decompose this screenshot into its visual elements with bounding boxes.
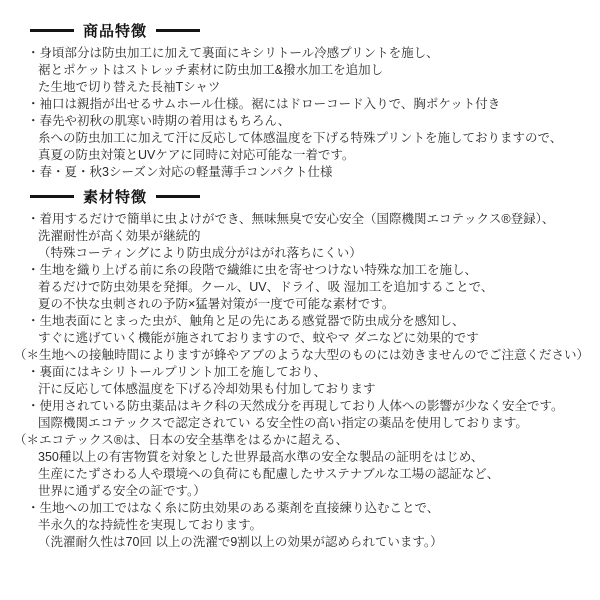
text-line: 汗に反応して体感温度を下げる冷却効果も付加しております [12, 381, 594, 398]
text-line: 着るだけで防虫効果を発揮。クール、UV、ドライ、吸 湿加工を追加することで、 [12, 279, 594, 296]
section-header: 素材特徴 [30, 186, 594, 206]
text-line: ・使用されている防虫薬品はキク科の天然成分を再現しており人体への影響が少なく安全… [12, 398, 594, 415]
text-line: 半永久的な持続性を実現しております。 [12, 517, 594, 534]
section-header: 商品特徴 [30, 20, 594, 40]
divider-line-left [30, 195, 74, 198]
text-line: 350種以上の有害物質を対象とした世界最高水準の安全な製品の証明をはじめ、 [12, 449, 594, 466]
text-line: ・身頃部分は防虫加工に加えて裏面にキシリトール冷感プリントを施し、 [12, 45, 594, 62]
text-line: （＊エコテックス®は、日本の安全基準をはるかに超える、 [12, 432, 594, 449]
section-title: 素材特徴 [83, 186, 147, 207]
text-line: ・春先や初秋の肌寒い時期の着用はもちろん、 [12, 113, 594, 130]
text-line: 糸への防虫加工に加えて汗に反応して体感温度を下げる特殊プリントを施しておりますの… [12, 130, 594, 147]
text-line: （＊生地への接触時間によりますが蜂やアブのような大型のものには効きませんのでご注… [12, 347, 594, 364]
text-line: 国際機関エコテックスで認定されてい る安全性の高い指定の薬品を使用しております。 [12, 415, 594, 432]
text-line: ・生地を織り上げる前に糸の段階で繊維に虫を寄せつけない特殊な加工を施し、 [12, 262, 594, 279]
section-material-features: 素材特徴 ・着用するだけで簡単に虫よけができ、無味無臭で安心安全（国際機関エコテ… [12, 186, 594, 551]
section-product-features: 商品特徴 ・身頃部分は防虫加工に加えて裏面にキシリトール冷感プリントを施し、裾と… [12, 20, 594, 181]
text-line: （特殊コーティングにより防虫成分がはがれ落ちにくい） [12, 245, 594, 262]
text-line: ・袖口は親指が出せるサムホール仕様。裾にはドローコード入りで、胸ポケット付き [12, 96, 594, 113]
text-line: ・生地への加工ではなく糸に防虫効果のある薬剤を直接練り込むことで、 [12, 500, 594, 517]
text-line: ・着用するだけで簡単に虫よけができ、無味無臭で安心安全（国際機関エコテックス®登… [12, 211, 594, 228]
divider-line-right [156, 195, 200, 198]
section-body: ・身頃部分は防虫加工に加えて裏面にキシリトール冷感プリントを施し、裾とポケットは… [12, 45, 594, 181]
text-line: 世界に通ずる安全の証です。） [12, 483, 594, 500]
text-line: 夏の不快な虫刺されの予防×猛暑対策が一度で可能な素材です。 [12, 296, 594, 313]
text-line: た生地で切り替えた長袖Tシャツ [12, 79, 594, 96]
section-body: ・着用するだけで簡単に虫よけができ、無味無臭で安心安全（国際機関エコテックス®登… [12, 211, 594, 551]
product-description-document: 商品特徴 ・身頃部分は防虫加工に加えて裏面にキシリトール冷感プリントを施し、裾と… [0, 0, 600, 600]
text-line: 生産にたずさわる人や環境への負荷にも配慮したサステナブルな工場の認証など、 [12, 466, 594, 483]
text-line: ・裏面にはキシリトールプリント加工を施しており、 [12, 364, 594, 381]
text-line: ・春・夏・秋3シーズン対応の軽量薄手コンパクト仕様 [12, 164, 594, 181]
text-line: 真夏の防虫対策とUVケアに同時に対応可能な一着です。 [12, 147, 594, 164]
text-line: （洗濯耐久性は70回 以上の洗濯で9割以上の効果が認められています。） [12, 534, 594, 551]
text-line: ・生地表面にとまった虫が、触角と足の先にある感覚器で防虫成分を感知し、 [12, 313, 594, 330]
divider-line-left [30, 29, 74, 32]
section-title: 商品特徴 [83, 20, 147, 41]
text-line: すぐに逃げていく機能が施されておりますので、蚊やマ ダニなどに効果的です [12, 330, 594, 347]
text-line: 裾とポケットはストレッチ素材に防虫加工&撥水加工を追加し [12, 62, 594, 79]
text-line: 洗濯耐性が高く効果が継続的 [12, 228, 594, 245]
divider-line-right [156, 29, 200, 32]
